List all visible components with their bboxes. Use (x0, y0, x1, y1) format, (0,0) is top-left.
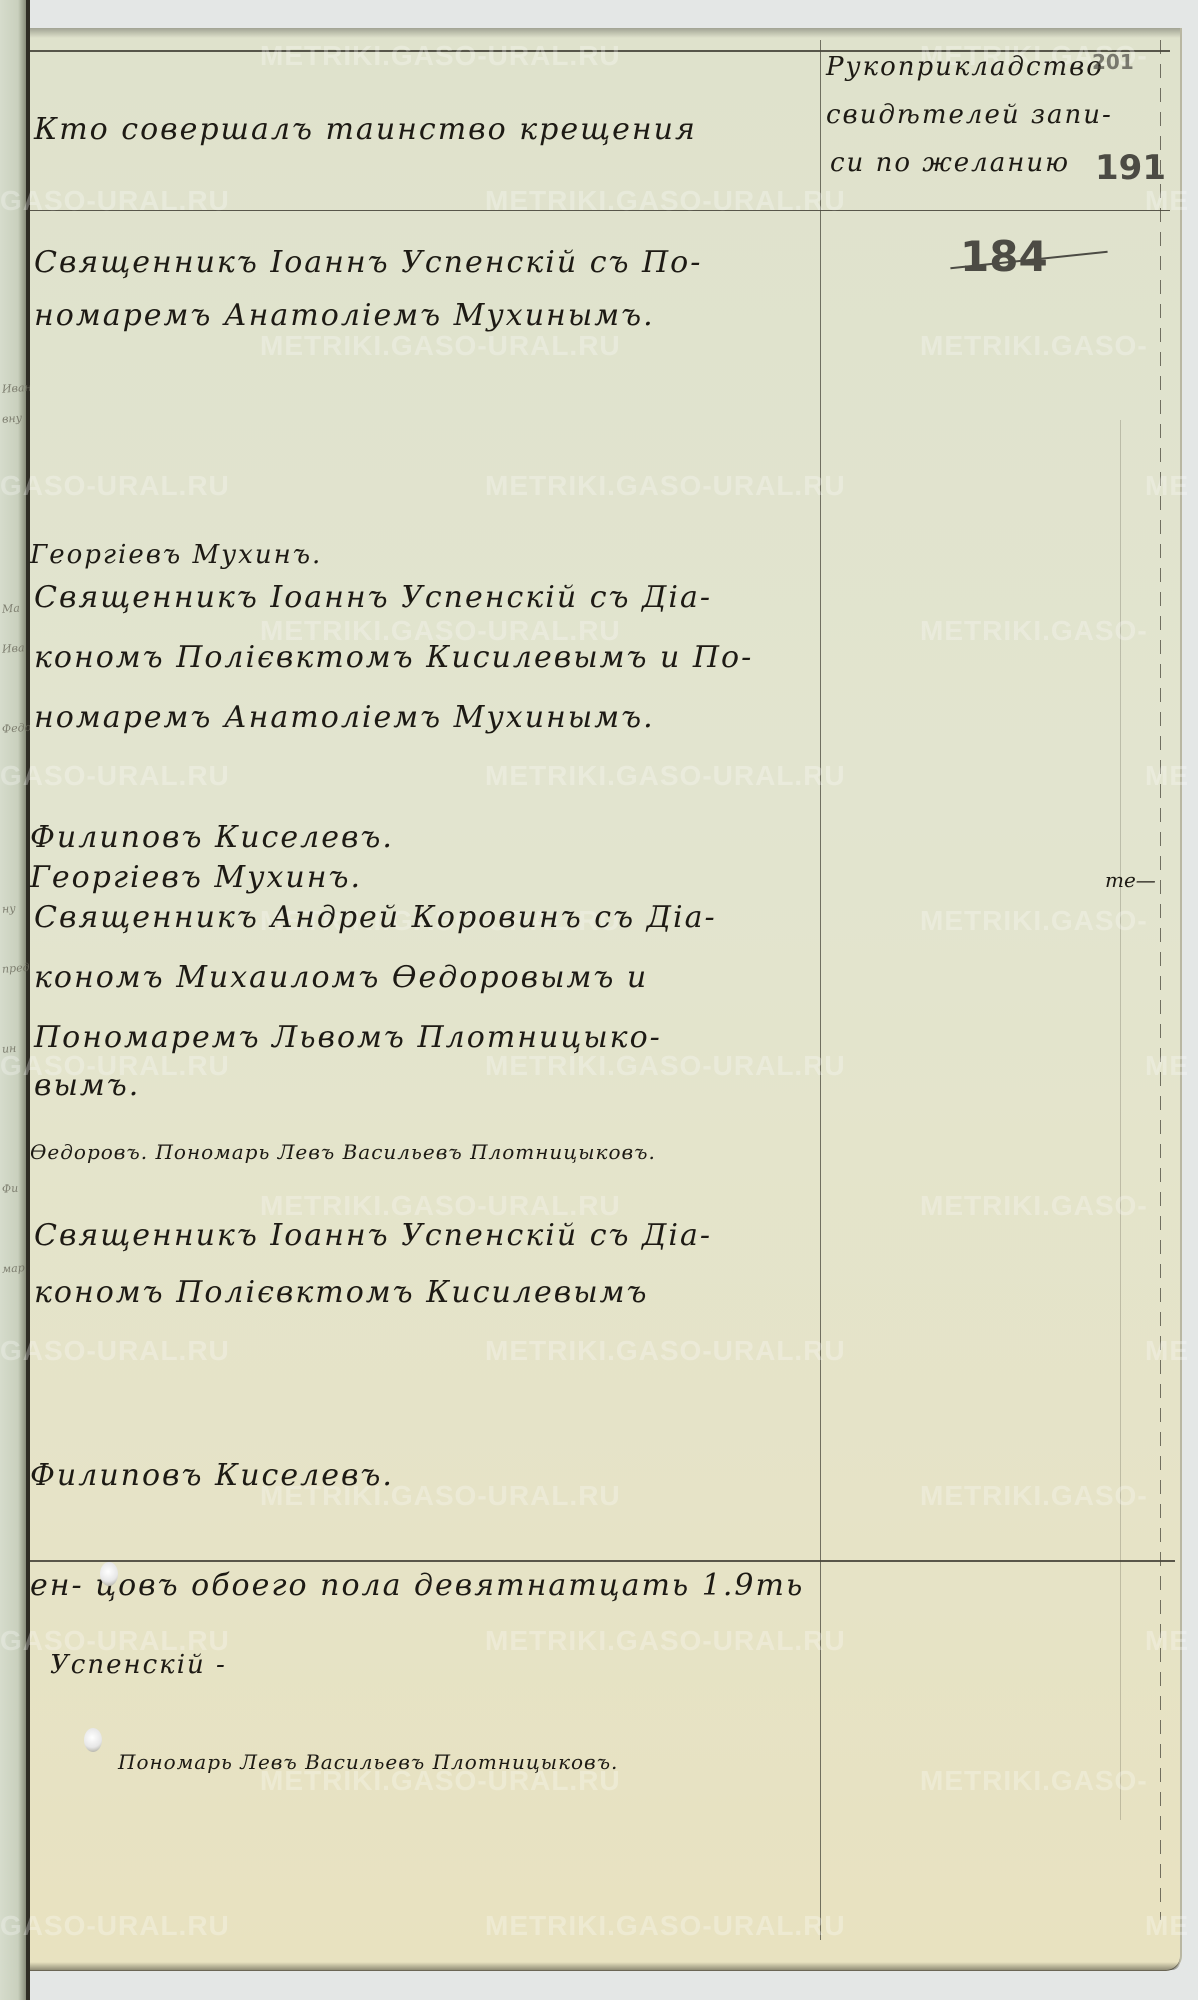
watermark: GASO-URAL.RU (0, 1910, 230, 1942)
entry-3-witness-1: Филиповъ Киселевъ. (30, 820, 394, 855)
folio-number-top: 201 (1092, 50, 1134, 74)
gutter-text-fragment: Ива (1, 639, 24, 658)
watermark: ME (1145, 1625, 1189, 1657)
entry-3-line-4: вымъ. (34, 1068, 140, 1103)
summary-rule (30, 1560, 1175, 1562)
entry-2-line-3: номаремъ Анатоліемъ Мухинымъ. (34, 700, 655, 735)
entry-4-line-2: кономъ Полієвктомъ Кисилевымъ (34, 1275, 649, 1310)
folio-number: 191 (1095, 148, 1166, 188)
entry-1-line-2: номаремъ Анатоліемъ Мухинымъ. (34, 298, 655, 333)
paper-hole (84, 1728, 102, 1752)
entry-4-witness: Ѳедоровъ. Пономарь Левъ Васильевъ Плотни… (30, 1140, 656, 1164)
watermark: ME (1145, 470, 1189, 502)
watermark: METRIKI.GASO-URAL.RU (485, 760, 846, 792)
signature-sexton: Пономарь Левъ Васильевъ Плотницыковъ. (118, 1750, 618, 1774)
watermark: METRIKI.GASO-URAL.RU (485, 470, 846, 502)
watermark: GASO-URAL.RU (0, 185, 230, 217)
entry-2-line-2: кономъ Полієвктомъ Кисилевымъ и По- (34, 640, 753, 675)
signature-priest: Успенскій - (50, 1650, 227, 1680)
column-header-officiant: Кто совершалъ таинство крещения (34, 112, 697, 147)
watermark: GASO-URAL.RU (0, 470, 230, 502)
entry-4-line-1: Священникъ Іоаннъ Успенскій съ Діа- (34, 1218, 712, 1253)
watermark: METRIKI.GASO-URAL.RU (485, 185, 846, 217)
watermark: METRIKI.GASO- (920, 615, 1148, 647)
watermark: METRIKI.GASO-URAL.RU (260, 330, 621, 362)
watermark: ME (1145, 760, 1189, 792)
column-header-signatures-line2: свидѣтелей запи- (826, 100, 1113, 130)
entry-2-witness: Георгіевъ Мухинъ. (30, 540, 322, 570)
entry-5-witness: Филиповъ Киселевъ. (30, 1458, 394, 1493)
watermark: METRIKI.GASO-URAL.RU (485, 1335, 846, 1367)
watermark: ME (1145, 185, 1189, 217)
watermark: METRIKI.GASO- (920, 330, 1148, 362)
column-header-signatures-line1: Рукоприкладство (826, 52, 1104, 82)
watermark: METRIKI.GASO-URAL.RU (485, 1910, 846, 1942)
watermark: GASO-URAL.RU (0, 1335, 230, 1367)
watermark: ME (1145, 1050, 1189, 1082)
watermark: METRIKI.GASO-URAL.RU (260, 40, 621, 72)
watermark: METRIKI.GASO- (920, 1480, 1148, 1512)
gutter-text-fragment: Ма (1, 599, 24, 618)
entry-1-line-1: Священникъ Іоаннъ Успенскій съ По- (34, 245, 702, 280)
entry-3-witness-2: Георгіевъ Мухинъ. (30, 860, 362, 895)
gutter-text-fragment: Федо (1, 719, 24, 738)
watermark: METRIKI.GASO-URAL.RU (485, 1625, 846, 1657)
summary-total: ен- цовъ обоего пола девятнатцать 1.9ть (30, 1568, 804, 1603)
paper-hole (100, 1562, 118, 1586)
watermark: ME (1145, 1335, 1189, 1367)
gutter-text-fragment: ну (1, 899, 24, 918)
watermark: METRIKI.GASO- (920, 905, 1148, 937)
entry-3-line-3: Пономаремъ Львомъ Плотницыко- (34, 1020, 662, 1055)
entry-2-line-1: Священникъ Іоаннъ Успенскій съ Діа- (34, 580, 712, 615)
right-margin-mark: те— (1105, 868, 1156, 892)
margin-number-struck: 184 (960, 232, 1048, 281)
gutter-text-fragment: мар (1, 1259, 24, 1278)
entry-3-line-2: кономъ Михаиломъ Ѳедоровымъ и (34, 960, 648, 995)
watermark: ME (1145, 1910, 1189, 1942)
watermark: METRIKI.GASO- (920, 1190, 1148, 1222)
watermark: GASO-URAL.RU (0, 760, 230, 792)
watermark: METRIKI.GASO- (920, 1765, 1148, 1797)
gutter-text-fragment: Фи (1, 1179, 24, 1198)
entry-3-line-1: Священникъ Андрей Коровинъ съ Діа- (34, 900, 717, 935)
gutter-text-fragment: вну (1, 409, 24, 428)
column-header-signatures-line3: си по желанию (830, 148, 1070, 178)
gutter-text-fragment: Иван (1, 379, 24, 398)
gutter-text-fragment: пред (1, 959, 24, 978)
